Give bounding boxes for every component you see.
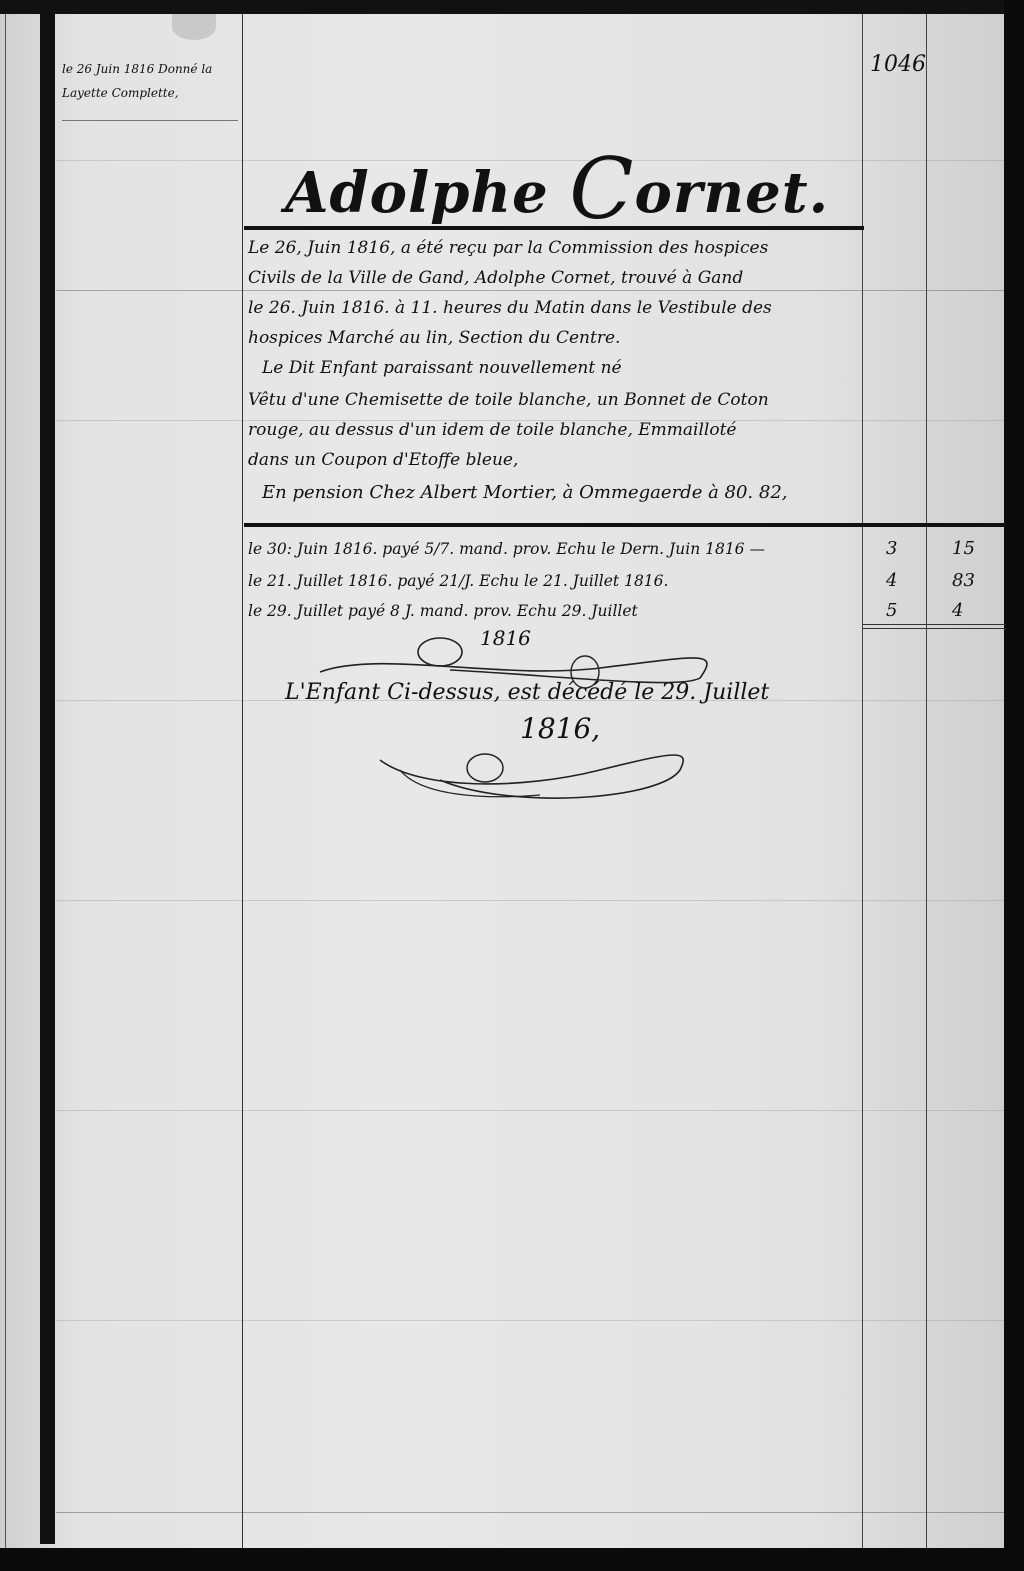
payment-amount-col2: 4 — [952, 600, 963, 621]
payment-row-text: le 29. Juillet payé 8 J. mand. prov. Ech… — [248, 602, 638, 620]
binding-spine — [40, 14, 55, 1544]
entry-line: dans un Coupon d'Etoffe bleue, — [248, 450, 518, 470]
ruling-line — [56, 1320, 1006, 1321]
entry-divider — [244, 523, 1006, 527]
surname-initial: C — [569, 140, 634, 238]
entry-line: Le 26, Juin 1816, a été reçu par la Comm… — [248, 238, 768, 258]
scan-bottom-shadow — [0, 1548, 1024, 1571]
column-line — [5, 14, 6, 1550]
payment-row-text: le 21. Juillet 1816. payé 21/J. Echu le … — [248, 572, 668, 590]
entry-line: Le Dit Enfant paraissant nouvellement né — [262, 358, 622, 378]
margin-column-line — [242, 14, 243, 1550]
total-rule — [862, 628, 1006, 629]
entry-line: hospices Marché au lin, Section du Centr… — [248, 328, 620, 348]
ruling-line — [56, 900, 1006, 901]
payment-amount-col1: 3 — [886, 538, 897, 559]
margin-note-line: le 26 Juin 1816 Donné la — [62, 58, 212, 80]
entry-line: le 26. Juin 1816. à 11. heures du Matin … — [248, 298, 772, 318]
payment-amount-col2: 15 — [952, 538, 975, 559]
ruling-line — [56, 290, 1006, 291]
ruling-line — [56, 1110, 1006, 1111]
margin-note-line: Layette Complette, — [62, 82, 179, 104]
margin-note-rule — [62, 120, 238, 121]
payment-amount-col1: 5 — [886, 600, 897, 621]
entry-line: rouge, au dessus d'un idem de toile blan… — [248, 420, 737, 440]
folio-number: 1046 — [870, 52, 926, 77]
entry-line: Vêtu d'une Chemisette de toile blanche, … — [248, 390, 769, 410]
entry-line: Civils de la Ville de Gand, Adolphe Corn… — [248, 268, 743, 288]
payment-amount-col2: 83 — [952, 570, 975, 591]
first-name: Adolphe — [285, 160, 549, 226]
payment-row-text: le 30: Juin 1816. payé 5/7. mand. prov. … — [248, 540, 765, 558]
surname-rest: ornet. — [635, 160, 830, 226]
entry-line-pension: En pension Chez Albert Mortier, à Ommega… — [262, 482, 788, 503]
child-name-title: Adolphe Cornet. — [285, 140, 829, 238]
amount-column-line — [926, 14, 927, 1550]
scan-right-edge — [1004, 0, 1024, 1571]
ornamental-flourish-icon — [360, 740, 700, 810]
paper-stain — [172, 14, 216, 40]
amount-column-line — [862, 14, 863, 1550]
ruling-line — [56, 1512, 1006, 1513]
payment-amount-col1: 4 — [886, 570, 897, 591]
death-note-line: L'Enfant Ci-dessus, est décédé le 29. Ju… — [285, 680, 769, 705]
total-rule — [862, 624, 1006, 625]
title-underline — [244, 226, 864, 230]
